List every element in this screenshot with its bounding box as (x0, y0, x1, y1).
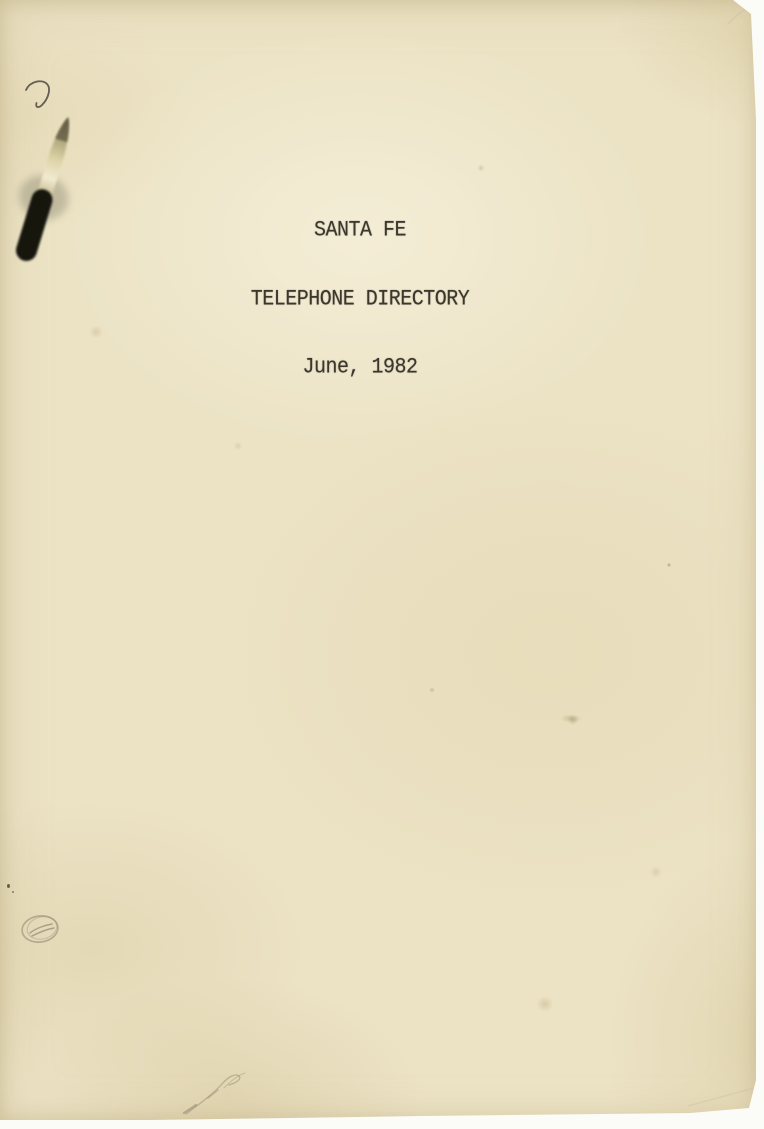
cover-title: SANTA FE (110, 218, 610, 245)
foxing-stains (0, 0, 764, 1129)
directory-cover-page: SANTA FE TELEPHONE DIRECTORY June, 1982 (0, 0, 764, 1129)
pen-hook-mark-icon (22, 78, 58, 118)
pencil-scribble-icon (178, 1062, 264, 1120)
smudge-mark (560, 714, 582, 723)
ink-speck (7, 884, 10, 888)
cover-date: June, 1982 (110, 355, 610, 382)
cover-subtitle: TELEPHONE DIRECTORY (110, 287, 610, 314)
corner-crease-icon (724, 0, 764, 34)
brass-fastener-icon (0, 110, 92, 270)
pen-circle-mark-icon (16, 906, 70, 952)
ink-speck (12, 891, 14, 893)
bottom-crease-icon (684, 1080, 760, 1112)
scanned-document-photo: SANTA FE TELEPHONE DIRECTORY June, 1982 (0, 0, 764, 1129)
